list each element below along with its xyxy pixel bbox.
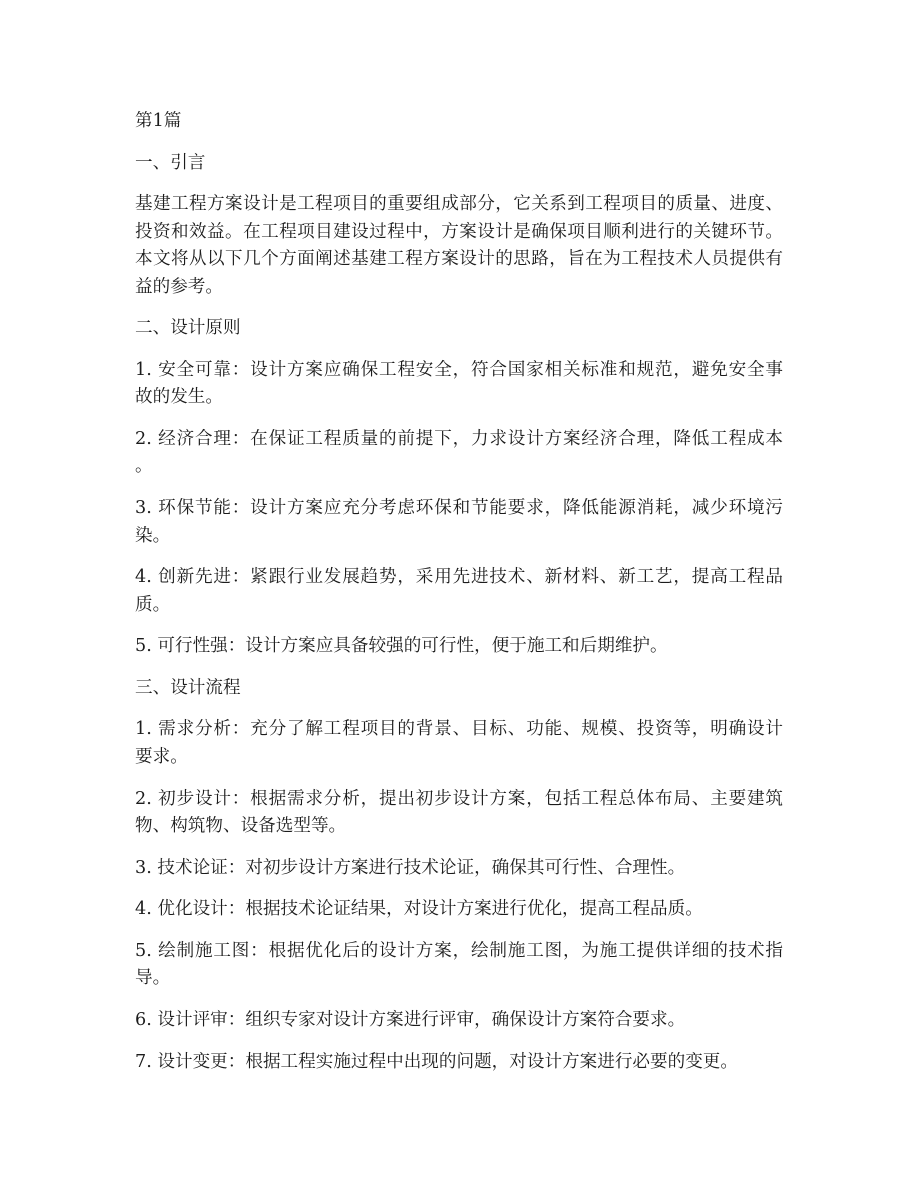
text-line: 基建工程方案设计是工程项目的重要组成部分，它关系到工程项目的质量、进度、: [135, 191, 783, 219]
text-line: 益的参考。: [135, 274, 783, 302]
document-title: 第1篇: [135, 108, 783, 136]
process-step-requirements: 1. 需求分析：充分了解工程项目的背景、目标、功能、规模、投资等，明确设计 要求…: [135, 716, 783, 771]
text-line: 2. 初步设计：根据需求分析，提出初步设计方案，包括工程总体布局、主要建筑: [135, 786, 783, 814]
introduction-paragraph: 基建工程方案设计是工程项目的重要组成部分，它关系到工程项目的质量、进度、 投资和…: [135, 191, 783, 301]
process-step-construction-drawings: 5. 绘制施工图：根据优化后的设计方案，绘制施工图，为施工提供详细的技术指 导。: [135, 938, 783, 993]
text-line: 。: [135, 453, 783, 481]
text-line: 4. 优化设计：根据技术论证结果，对设计方案进行优化，提高工程品质。: [135, 896, 783, 924]
text-line: 投资和效益。在工程项目建设过程中，方案设计是确保项目顺利进行的关键环节。: [135, 219, 783, 247]
process-step-design-change: 7. 设计变更：根据工程实施过程中出现的问题，对设计方案进行必要的变更。: [135, 1049, 783, 1077]
text-line: 5. 绘制施工图：根据优化后的设计方案，绘制施工图，为施工提供详细的技术指: [135, 938, 783, 966]
text-line: 4. 创新先进：紧跟行业发展趋势，采用先进技术、新材料、新工艺，提高工程品: [135, 564, 783, 592]
text-line: 本文将从以下几个方面阐述基建工程方案设计的思路，旨在为工程技术人员提供有: [135, 246, 783, 274]
section-heading-introduction: 一、引言: [135, 150, 783, 178]
principle-item-environment: 3. 环保节能：设计方案应充分考虑环保和节能要求，降低能源消耗，减少环境污 染。: [135, 495, 783, 550]
section-heading-design-principles: 二、设计原则: [135, 315, 783, 343]
process-step-preliminary-design: 2. 初步设计：根据需求分析，提出初步设计方案，包括工程总体布局、主要建筑 物、…: [135, 786, 783, 841]
text-line: 物、构筑物、设备选型等。: [135, 813, 783, 841]
text-line: 导。: [135, 965, 783, 993]
text-line: 5. 可行性强：设计方案应具备较强的可行性，便于施工和后期维护。: [135, 633, 783, 661]
text-line: 第1篇: [135, 108, 783, 136]
text-line: 2. 经济合理：在保证工程质量的前提下，力求设计方案经济合理，降低工程成本: [135, 426, 783, 454]
text-line: 故的发生。: [135, 384, 783, 412]
text-line: 6. 设计评审：组织专家对设计方案进行评审，确保设计方案符合要求。: [135, 1007, 783, 1035]
text-line: 3. 技术论证：对初步设计方案进行技术论证，确保其可行性、合理性。: [135, 855, 783, 883]
text-line: 7. 设计变更：根据工程实施过程中出现的问题，对设计方案进行必要的变更。: [135, 1049, 783, 1077]
text-line: 二、设计原则: [135, 315, 783, 343]
process-step-technical-review: 3. 技术论证：对初步设计方案进行技术论证，确保其可行性、合理性。: [135, 855, 783, 883]
text-line: 1. 安全可靠：设计方案应确保工程安全，符合国家相关标准和规范，避免安全事: [135, 357, 783, 385]
principle-item-safety: 1. 安全可靠：设计方案应确保工程安全，符合国家相关标准和规范，避免安全事 故的…: [135, 357, 783, 412]
text-line: 三、设计流程: [135, 675, 783, 703]
document-page: 第1篇 一、引言 基建工程方案设计是工程项目的重要组成部分，它关系到工程项目的质…: [0, 0, 920, 1191]
text-line: 1. 需求分析：充分了解工程项目的背景、目标、功能、规模、投资等，明确设计: [135, 716, 783, 744]
process-step-design-review: 6. 设计评审：组织专家对设计方案进行评审，确保设计方案符合要求。: [135, 1007, 783, 1035]
principle-item-economy: 2. 经济合理：在保证工程质量的前提下，力求设计方案经济合理，降低工程成本 。: [135, 426, 783, 481]
text-line: 要求。: [135, 744, 783, 772]
text-line: 染。: [135, 523, 783, 551]
section-heading-design-process: 三、设计流程: [135, 675, 783, 703]
document-body: 第1篇 一、引言 基建工程方案设计是工程项目的重要组成部分，它关系到工程项目的质…: [135, 108, 783, 1090]
text-line: 3. 环保节能：设计方案应充分考虑环保和节能要求，降低能源消耗，减少环境污: [135, 495, 783, 523]
process-step-optimization: 4. 优化设计：根据技术论证结果，对设计方案进行优化，提高工程品质。: [135, 896, 783, 924]
principle-item-feasibility: 5. 可行性强：设计方案应具备较强的可行性，便于施工和后期维护。: [135, 633, 783, 661]
principle-item-innovation: 4. 创新先进：紧跟行业发展趋势，采用先进技术、新材料、新工艺，提高工程品 质。: [135, 564, 783, 619]
text-line: 一、引言: [135, 150, 783, 178]
text-line: 质。: [135, 592, 783, 620]
